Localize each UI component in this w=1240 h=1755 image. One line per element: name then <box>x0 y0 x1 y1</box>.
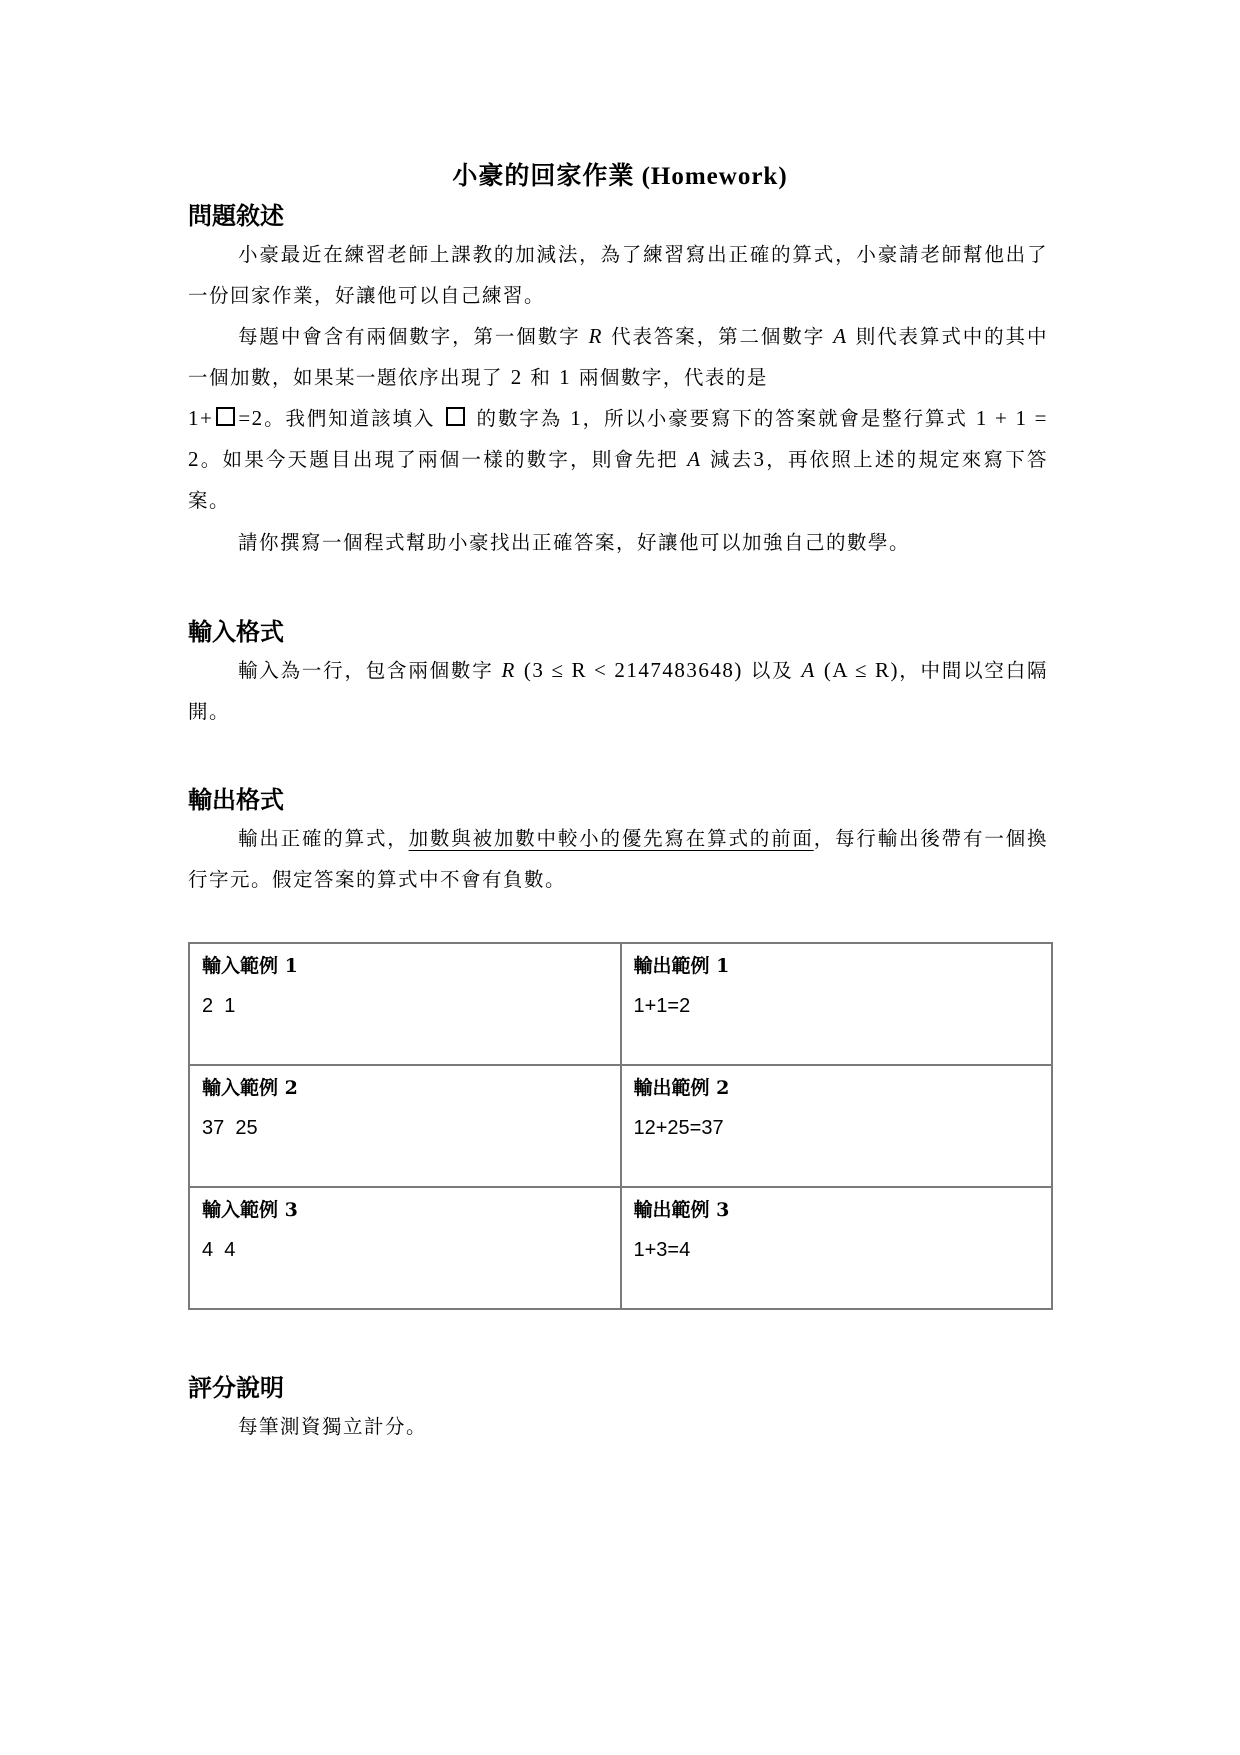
number: 3 <box>753 447 765 471</box>
description-paragraph-2: 每題中會含有兩個數字，第一個數字 R 代表答案，第二個數字 A 則代表算式中的其… <box>188 316 1048 521</box>
text: 。我們知道該填入 <box>264 407 436 430</box>
sample-input-value: 37 25 <box>202 1114 608 1142</box>
table-row: 輸入範例 1 2 1 輸出範例 1 1+1=2 <box>189 943 1052 1065</box>
math-var-a: A <box>802 658 816 682</box>
sample-input-value: 4 4 <box>202 1236 608 1264</box>
math-var-a: A <box>687 447 701 471</box>
number: 1 <box>559 365 571 389</box>
sample-output-cell: 輸出範例 3 1+3=4 <box>621 1187 1053 1309</box>
section-heading-output: 輸出格式 <box>188 780 284 815</box>
description-paragraph-1: 小豪最近在練習老師上課教的加減法，為了練習寫出正確的算式，小豪請老師幫他出了一份… <box>188 234 1048 316</box>
constraint-r: (3 ≤ R < 2147483648) <box>524 658 743 682</box>
text: 減去 <box>710 448 753 471</box>
number: 1 <box>570 406 582 430</box>
expression: =2 <box>238 406 263 430</box>
section-heading-description: 問題敘述 <box>188 196 284 231</box>
text: 和 <box>530 366 551 389</box>
blank-box-icon <box>446 407 465 426</box>
input-format-paragraph: 輸入為一行，包含兩個數字 R (3 ≤ R < 2147483648) 以及 A… <box>188 650 1048 732</box>
math-var-r: R <box>502 658 516 682</box>
output-format-paragraph: 輸出正確的算式，加數與被加數中較小的優先寫在算式的前面，每行輸出後帶有一個換行字… <box>188 818 1048 900</box>
number: 2 <box>511 365 523 389</box>
blank-box-icon <box>216 407 235 426</box>
sample-input-label: 輸入範例 2 <box>202 1074 608 1114</box>
sample-output-label: 輸出範例 1 <box>634 952 1040 992</box>
sample-output-value: 1+1=2 <box>634 992 1040 1020</box>
sample-output-label: 輸出範例 3 <box>634 1196 1040 1236</box>
text: 輸入為一行，包含兩個數字 <box>238 659 494 682</box>
sample-input-cell: 輸入範例 2 37 25 <box>189 1065 621 1187</box>
text: ，所以小豪要寫下的答案就會是整行算式 <box>582 407 968 430</box>
scoring-paragraph: 每筆測資獨立計分。 <box>188 1406 1048 1447</box>
text: 兩個數字，代表的是 <box>579 366 768 389</box>
table-row: 輸入範例 3 4 4 輸出範例 3 1+3=4 <box>189 1187 1052 1309</box>
section-heading-input: 輸入格式 <box>188 612 284 647</box>
sample-input-cell: 輸入範例 3 4 4 <box>189 1187 621 1309</box>
sample-input-value: 2 1 <box>202 992 608 1020</box>
sample-output-label: 輸出範例 2 <box>634 1074 1040 1114</box>
constraint-a: (A ≤ R) <box>824 658 899 682</box>
text: 每題中會含有兩個數字，第一個數字 <box>238 325 581 348</box>
text: 的數字為 <box>477 407 563 430</box>
sample-output-cell: 輸出範例 2 12+25=37 <box>621 1065 1053 1187</box>
sample-output-value: 1+3=4 <box>634 1236 1040 1264</box>
math-var-r: R <box>589 324 603 348</box>
description-paragraph-3: 請你撰寫一個程式幫助小豪找出正確答案，好讓他可以加強自己的數學。 <box>188 522 1048 563</box>
text: 。如果今天題目出現了兩個一樣的數字，則會先把 <box>200 448 679 471</box>
document-title: 小豪的回家作業 (Homework) <box>0 156 1240 192</box>
text: 代表答案，第二個數字 <box>611 325 825 348</box>
sample-output-cell: 輸出範例 1 1+1=2 <box>621 943 1053 1065</box>
expression: 1+ <box>188 406 213 430</box>
text: 輸出正確的算式， <box>238 827 409 850</box>
sample-input-label: 輸入範例 1 <box>202 952 608 992</box>
text: 以及 <box>751 659 794 682</box>
document-page: 小豪的回家作業 (Homework) 問題敘述 小豪最近在練習老師上課教的加減法… <box>0 0 1240 1755</box>
sample-input-cell: 輸入範例 1 2 1 <box>189 943 621 1065</box>
math-var-a: A <box>833 324 847 348</box>
sample-input-label: 輸入範例 3 <box>202 1196 608 1236</box>
samples-table: 輸入範例 1 2 1 輸出範例 1 1+1=2 輸入範例 2 37 25 輸出範… <box>188 942 1053 1310</box>
underlined-rule: 加數與被加數中較小的優先寫在算式的前面 <box>409 827 814 850</box>
sample-output-value: 12+25=37 <box>634 1114 1040 1142</box>
section-heading-scoring: 評分說明 <box>188 1368 284 1403</box>
table-row: 輸入範例 2 37 25 輸出範例 2 12+25=37 <box>189 1065 1052 1187</box>
